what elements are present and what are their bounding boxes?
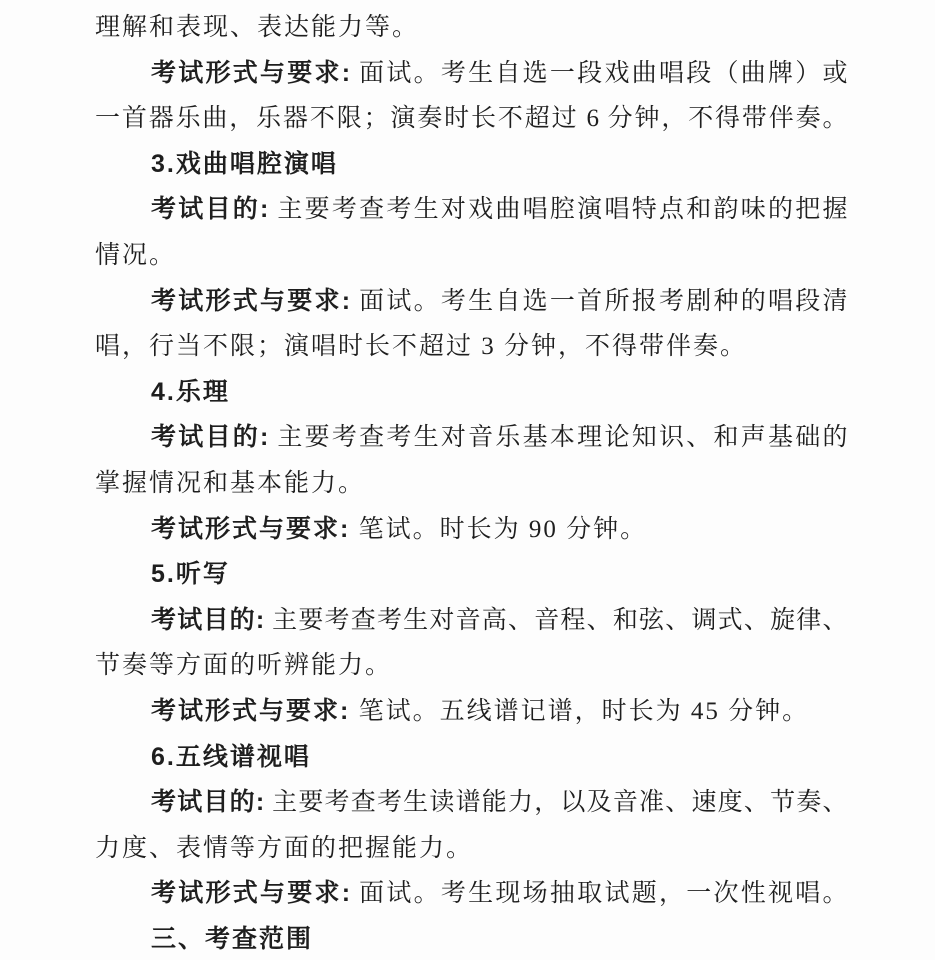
body-text: 节奏等方面的听辨能力。	[95, 652, 392, 679]
body-text: 唱，行当不限；演唱时长不超过 3 分钟，不得带伴奏。	[95, 333, 747, 360]
bold-label: 考试目的:	[151, 195, 269, 223]
document-body: 理解和表现、表达能力等。考试形式与要求: 面试。考生自选一段戏曲唱段（曲牌）或一…	[95, 5, 848, 960]
body-text: 主要考查考生读谱能力，以及音准、速度、节奏、	[265, 789, 848, 816]
text-line: 考试目的: 主要考查考生读谱能力，以及音准、速度、节奏、	[95, 780, 848, 826]
bold-label: 考试目的:	[151, 423, 269, 451]
body-text: 掌握情况和基本能力。	[95, 470, 365, 497]
bold-label: 考试形式与要求:	[151, 515, 350, 543]
text-line: 掌握情况和基本能力。	[95, 461, 848, 507]
section-heading: 5.听写	[95, 552, 848, 598]
text-line: 考试目的: 主要考查考生对戏曲唱腔演唱特点和韵味的把握	[95, 187, 848, 233]
bold-label: 考试形式与要求:	[151, 879, 351, 907]
text-line: 考试形式与要求: 面试。考生现场抽取试题，一次性视唱。	[95, 871, 848, 917]
bold-label: 考试形式与要求:	[151, 697, 350, 725]
bold-label: 3.戏曲唱腔演唱	[151, 150, 338, 178]
body-text: 主要考查考生对音乐基本理论知识、和声基础的	[269, 424, 848, 451]
body-text: 一首器乐曲，乐器不限；演奏时长不超过 6 分钟，不得带伴奏。	[95, 105, 848, 132]
body-text: 面试。考生自选一段戏曲唱段（曲牌）或	[351, 60, 848, 87]
bold-label: 考试形式与要求:	[151, 59, 351, 87]
text-line: 唱，行当不限；演唱时长不超过 3 分钟，不得带伴奏。	[95, 324, 848, 370]
bold-label: 4.乐理	[151, 378, 230, 406]
text-line: 情况。	[95, 233, 848, 279]
body-text: 情况。	[95, 242, 176, 269]
bold-label: 考试形式与要求:	[151, 287, 351, 315]
text-line: 考试形式与要求: 面试。考生自选一首所报考剧种的唱段清	[95, 279, 848, 325]
body-text: 笔试。时长为 90 分钟。	[350, 516, 647, 543]
text-line: 力度、表情等方面的把握能力。	[95, 826, 848, 872]
body-text: 面试。考生自选一首所报考剧种的唱段清	[351, 288, 848, 315]
bold-label: 考试目的:	[151, 606, 265, 634]
text-line: 考试目的: 主要考查考生对音乐基本理论知识、和声基础的	[95, 415, 848, 461]
body-text: 主要考查考生对戏曲唱腔演唱特点和韵味的把握	[269, 196, 848, 223]
bold-label: 5.听写	[151, 560, 230, 588]
document-page: 理解和表现、表达能力等。考试形式与要求: 面试。考生自选一段戏曲唱段（曲牌）或一…	[0, 0, 935, 960]
text-line: 考试形式与要求: 笔试。时长为 90 分钟。	[95, 507, 848, 553]
body-text: 理解和表现、表达能力等。	[95, 14, 419, 41]
text-line: 理解和表现、表达能力等。	[95, 5, 848, 51]
text-line: 一首器乐曲，乐器不限；演奏时长不超过 6 分钟，不得带伴奏。	[95, 96, 848, 142]
bold-label: 考试目的:	[151, 788, 265, 816]
section-heading: 3.戏曲唱腔演唱	[95, 142, 848, 188]
body-text: 主要考查考生对音高、音程、和弦、调式、旋律、	[265, 607, 848, 634]
text-line: 考试目的: 主要考查考生对音高、音程、和弦、调式、旋律、	[95, 598, 848, 644]
section-heading: 三、考查范围	[95, 917, 848, 960]
text-line: 考试形式与要求: 笔试。五线谱记谱，时长为 45 分钟。	[95, 689, 848, 735]
section-heading: 4.乐理	[95, 370, 848, 416]
body-text: 力度、表情等方面的把握能力。	[95, 835, 473, 862]
text-line: 考试形式与要求: 面试。考生自选一段戏曲唱段（曲牌）或	[95, 51, 848, 97]
bold-label: 6.五线谱视唱	[151, 743, 311, 771]
body-text: 面试。考生现场抽取试题，一次性视唱。	[351, 880, 848, 907]
text-line: 节奏等方面的听辨能力。	[95, 643, 848, 689]
body-text: 笔试。五线谱记谱，时长为 45 分钟。	[350, 698, 809, 725]
section-heading: 6.五线谱视唱	[95, 735, 848, 781]
bold-label: 三、考查范围	[151, 925, 313, 953]
